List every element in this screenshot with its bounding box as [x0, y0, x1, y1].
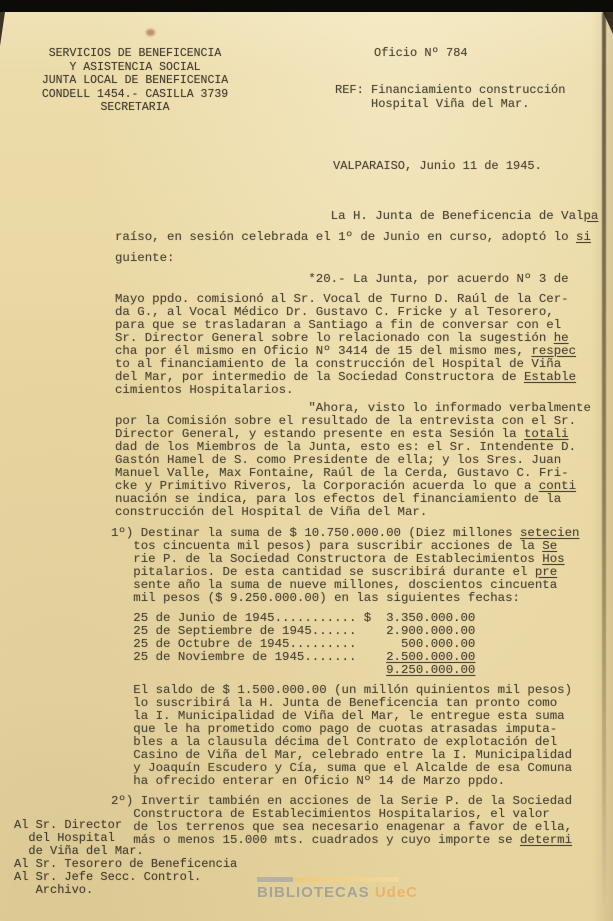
- watermark-suffix: UdeC: [375, 884, 418, 901]
- text-run: [111, 663, 386, 677]
- text-run: Sr. Director General sobre lo relacionad…: [115, 331, 554, 345]
- distribution-list: Al Sr. Director del Hospital de Viña del…: [14, 819, 237, 897]
- underlined-run: si: [576, 230, 591, 244]
- text-run: 2º) Invertir también en acciones de la S…: [111, 794, 572, 808]
- text-run: SECRETARIA: [100, 101, 169, 114]
- watermark-bar-yellow: [293, 877, 399, 882]
- text-run: del Hospital: [14, 831, 115, 845]
- text-run: que le ha prometido como pago de cuotas …: [111, 722, 557, 736]
- text-line: raíso, en sesión celebrada el 1º de Juni…: [115, 227, 598, 248]
- text-run: del Mar, por intermedio de la Sociedad C…: [115, 370, 524, 384]
- underlined-run: pre: [535, 565, 557, 579]
- text-run: 1º) Destinar la suma de $ 10.750.000.00 …: [111, 526, 520, 540]
- watermark-bar-gray: [257, 877, 293, 882]
- paragraph-intro: La H. Junta de Beneficencia de Valparaís…: [115, 206, 598, 290]
- underlined-run: conti: [539, 479, 576, 493]
- text-run: CONDELL 1454.- CASILLA 3739: [42, 88, 228, 101]
- text-line: La H. Junta de Beneficencia de Valpa: [115, 206, 598, 227]
- text-line: ha ofrecido enterar en Oficio Nº 14 de M…: [111, 775, 572, 788]
- text-run: mil pesos ($ 9.250.000.00) en las siguie…: [111, 591, 520, 605]
- text-run: Director General, y estando presente en …: [115, 427, 524, 441]
- watermark-label: BIBLIOTECAS: [257, 884, 370, 901]
- text-line: Hospital Viña del Mar.: [335, 98, 565, 112]
- text-run: pitalarios. De esta cantidad se suscribi…: [111, 565, 535, 579]
- text-run: El saldo de $ 1.500.000.00 (un millón qu…: [111, 683, 572, 697]
- text-run: bles a la clausula décima del Contrato d…: [111, 735, 557, 749]
- underlined-run: Hos: [542, 552, 564, 566]
- ink-smudge: [146, 29, 155, 36]
- text-line: 9.250.000.00: [111, 664, 475, 677]
- underlined-run: pa: [583, 209, 598, 223]
- text-run: Hospital Viña del Mar.: [335, 97, 529, 111]
- text-line: CONDELL 1454.- CASILLA 3739: [26, 88, 244, 102]
- dateline: VALPARAISO, Junio 11 de 1945.: [333, 160, 542, 173]
- text-run: Al Sr. Jefe Secc. Control.: [14, 870, 201, 884]
- text-line: construcción del Hospital de Viña del Ma…: [115, 506, 591, 519]
- text-line: guiente:: [115, 248, 598, 269]
- paragraph-comision: Mayo ppdo. comisionó al Sr. Vocal de Tur…: [115, 293, 576, 397]
- watermark-text: BIBLIOTECAS UdeC: [257, 884, 417, 901]
- watermark: BIBLIOTECAS UdeC: [257, 877, 417, 901]
- text-line: SERVICIOS DE BENEFICENCIA: [26, 47, 244, 61]
- text-run: Al Sr. Director: [14, 818, 122, 832]
- text-run: dad de los Miembros de la Junta, esto es…: [115, 440, 576, 454]
- text-run: cha por él mismo en Oficio Nº 3414 de 15…: [115, 344, 531, 358]
- text-run: y Joaquín Escudero y Cía, suma que el Al…: [111, 761, 572, 775]
- underlined-run: determi: [520, 833, 572, 847]
- text-run: Mayo ppdo. comisionó al Sr. Vocal de Tur…: [115, 292, 569, 306]
- underlined-run: respec: [531, 344, 576, 358]
- text-line: *20.- La Junta, por acuerdo Nº 3 de: [115, 269, 598, 290]
- text-run: Al Sr. Tesorero de Beneficencia: [14, 857, 237, 871]
- text-run: *20.- La Junta, por acuerdo Nº 3 de: [115, 272, 569, 286]
- text-run: JUNTA LOCAL DE BENEFICENCIA: [42, 74, 228, 87]
- text-run: sente año la suma de nueve millones, dos…: [111, 578, 557, 592]
- text-run: 25 de Septiembre de 1945...... 2.900.000…: [111, 624, 475, 638]
- text-line: Archivo.: [14, 884, 237, 897]
- text-run: de Viña del Mar.: [14, 844, 144, 858]
- text-line: Y ASISTENCIA SOCIAL: [26, 61, 244, 75]
- text-line: JUNTA LOCAL DE BENEFICENCIA: [26, 74, 244, 88]
- text-run: REF: Financiamiento construcción: [335, 83, 565, 97]
- text-run: 25 de Noviembre de 1945.......: [111, 650, 386, 664]
- underlined-run: 9.250.000.00: [386, 663, 475, 677]
- text-run: SERVICIOS DE BENEFICENCIA: [49, 47, 222, 60]
- text-run: lo suscribirá la H. Junta de Beneficenci…: [111, 696, 557, 710]
- text-run: cimientos Hospitalarios.: [115, 383, 293, 397]
- text-line: mil pesos ($ 9.250.000.00) en las siguie…: [111, 592, 579, 605]
- text-run: tos cincuenta mil pesos) para suscribir …: [111, 539, 542, 553]
- text-run: Gastón Hamel de S. como Presidente de el…: [115, 453, 561, 467]
- scan-left-corner: [0, 12, 5, 46]
- text-run: to al financiamiento de la construcción …: [115, 357, 561, 371]
- text-line: cimientos Hospitalarios.: [115, 384, 576, 397]
- scan-right-edge: [602, 12, 606, 909]
- text-run: guiente:: [115, 251, 175, 265]
- text-run: la I. Municipalidad de Viña del Mar, le …: [111, 709, 565, 723]
- item-1-destinar: 1º) Destinar la suma de $ 10.750.000.00 …: [111, 527, 579, 605]
- text-run: La H. Junta de Beneficencia de Val: [115, 209, 583, 223]
- paragraph-ahora: "Ahora, visto lo informado verbalmentepo…: [115, 402, 591, 519]
- text-line: SECRETARIA: [26, 101, 244, 115]
- text-run: construcción del Hospital de Viña del Ma…: [115, 505, 427, 519]
- scan-top-edge: [0, 0, 613, 12]
- scanned-document-page: SERVICIOS DE BENEFICENCIAY ASISTENCIA SO…: [0, 0, 613, 921]
- text-run: rie P. de la Sociedad Constructora de Es…: [111, 552, 542, 566]
- text-run: cke y Primitivo Riveros, la Corporación …: [115, 479, 539, 493]
- watermark-bar: [257, 877, 399, 882]
- payment-schedule: 25 de Junio de 1945........... $ 3.350.0…: [111, 612, 475, 677]
- text-run: Casino de Viña del Mar, celebrado entre …: [111, 748, 572, 762]
- paragraph-saldo: El saldo de $ 1.500.000.00 (un millón qu…: [111, 684, 572, 788]
- text-run: 25 de Octubre de 1945......... 500.000.0…: [111, 637, 475, 651]
- underlined-run: totali: [524, 427, 569, 441]
- text-line: REF: Financiamiento construcción: [335, 84, 565, 98]
- underlined-run: setecien: [520, 526, 580, 540]
- text-run: "Ahora, visto lo informado verbalmente: [115, 401, 591, 415]
- underlined-run: he: [554, 331, 569, 345]
- ref-block: REF: Financiamiento construcción Hospita…: [335, 84, 565, 111]
- text-run: nuación se indica, para los efectos del …: [115, 492, 561, 506]
- text-run: Y ASISTENCIA SOCIAL: [69, 61, 200, 74]
- text-run: raíso, en sesión celebrada el 1º de Juni…: [115, 230, 576, 244]
- text-run: 25 de Junio de 1945........... $ 3.350.0…: [111, 611, 475, 625]
- text-run: Archivo.: [14, 883, 93, 897]
- oficio-number: Oficio Nº 784: [374, 47, 468, 60]
- text-run: ha ofrecido enterar en Oficio Nº 14 de M…: [111, 774, 505, 788]
- underlined-run: 2.500.000.00: [386, 650, 475, 664]
- underlined-run: Se: [542, 539, 557, 553]
- underlined-run: Estable: [524, 370, 576, 384]
- text-run: da G., al Vocal Médico Dr. Gustavo C. Fr…: [115, 305, 554, 319]
- text-run: Manuel Valle, Max Fontaine, Raúl de la C…: [115, 466, 569, 480]
- text-run: por la Comisión sobre el resultado de la…: [115, 414, 576, 428]
- text-run: para que se trasladaran a Santiago a fin…: [115, 318, 561, 332]
- letterhead: SERVICIOS DE BENEFICENCIAY ASISTENCIA SO…: [26, 47, 244, 115]
